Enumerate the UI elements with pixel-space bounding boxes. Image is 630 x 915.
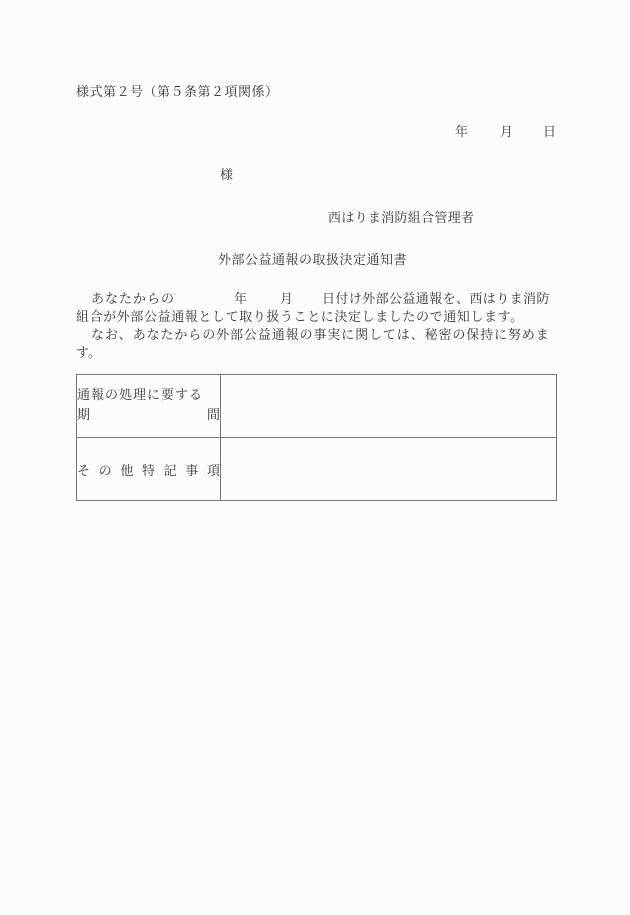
other-notes-value-cell[interactable]	[221, 438, 557, 501]
other-notes-label-char: 特	[142, 460, 155, 479]
processing-period-value-cell[interactable]	[221, 375, 557, 438]
date-month-label: 月	[500, 125, 513, 141]
processing-period-label-left: 期	[77, 406, 90, 426]
table-row: そ の 他 特 記 事 項	[77, 438, 557, 501]
sender-name: 西はりま消防組合管理者	[328, 211, 474, 227]
date-day-label: 日	[543, 125, 556, 141]
body-line-1: あなたからの 年 月 日付け外部公益通報を、西はりま消防	[76, 292, 558, 310]
other-notes-label-char: そ	[77, 460, 90, 479]
addressee-suffix: 様	[220, 168, 233, 184]
other-notes-label-char: 項	[207, 460, 220, 479]
processing-period-label-line2: 期 間	[77, 406, 220, 426]
other-notes-label-cell: そ の 他 特 記 事 項	[77, 438, 221, 501]
body-line-1-start: あなたからの	[91, 292, 175, 308]
body-month-label: 月	[280, 292, 293, 308]
body-line-4: す。	[76, 346, 558, 364]
body-line-3: なお、あなたからの外部公益通報の事実に関しては、秘密の保持に努めま	[76, 328, 558, 346]
other-notes-label-char: 記	[164, 460, 177, 479]
form-number: 様式第２号（第５条第２項関係）	[76, 85, 279, 101]
processing-period-label-line1: 通報の処理に要する	[77, 386, 220, 406]
table-row: 通報の処理に要する 期 間	[77, 375, 557, 438]
processing-period-label-cell: 通報の処理に要する 期 間	[77, 375, 221, 438]
document-title: 外部公益通報の取扱決定通知書	[218, 253, 407, 269]
other-notes-label-char: 事	[185, 460, 198, 479]
body-text: あなたからの 年 月 日付け外部公益通報を、西はりま消防 組合が外部公益通報とし…	[76, 292, 558, 364]
body-line-2: 組合が外部公益通報として取り扱うことに決定しましたので通知します。	[76, 310, 558, 328]
info-table: 通報の処理に要する 期 間 そ の 他 特 記 事 項	[76, 374, 557, 501]
date-year-label: 年	[455, 125, 468, 141]
body-year-label: 年	[234, 292, 247, 308]
other-notes-label-char: 他	[120, 460, 133, 479]
other-notes-label-char: の	[99, 460, 112, 479]
other-notes-label: そ の 他 特 記 事 項	[77, 460, 220, 479]
processing-period-label-right: 間	[207, 406, 220, 426]
body-line-1-end: 日付け外部公益通報を、西はりま消防	[322, 292, 550, 308]
